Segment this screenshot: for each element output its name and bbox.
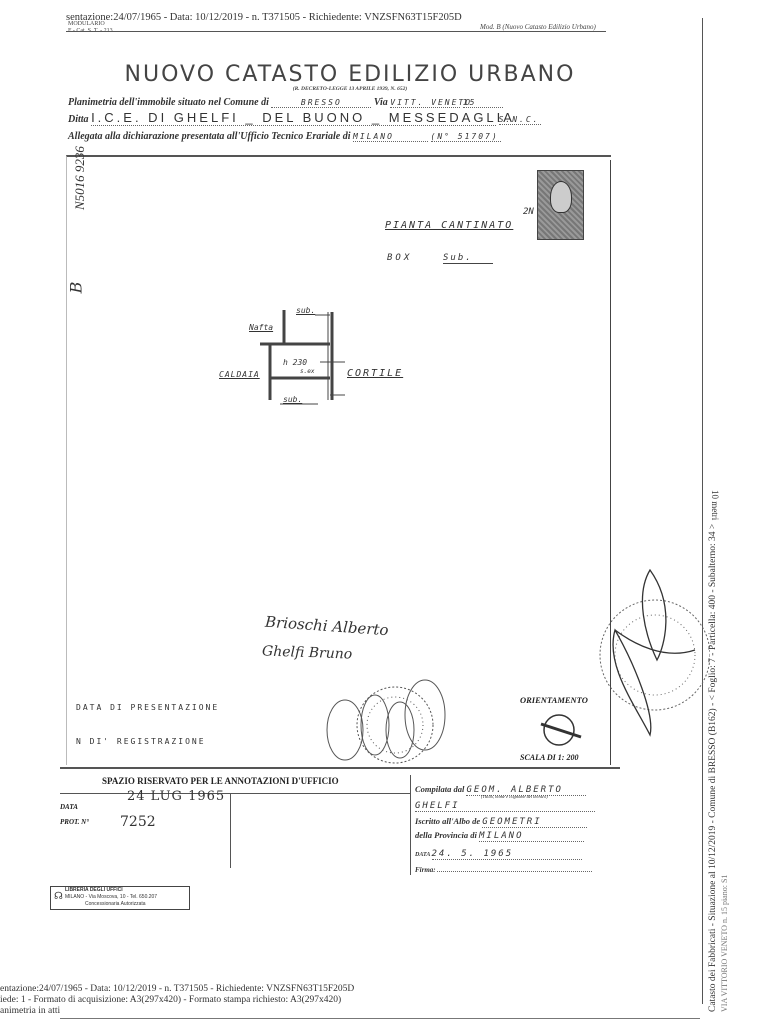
compilata-line-2: GHELFI xyxy=(415,800,595,812)
compilata-hint: (Titolo, nome e cognome del tecnico) xyxy=(481,794,548,799)
civico-value: 15 xyxy=(463,98,503,108)
office-box-inner-rule xyxy=(60,793,410,794)
header-metadata-line: sentazione:24/07/1965 - Data: 10/12/2019… xyxy=(66,12,462,23)
sub-label: Sub. xyxy=(443,253,493,264)
albo-label: Iscritto all'Albo de xyxy=(415,816,480,826)
ditta-suffix: S.N.C. xyxy=(499,115,541,125)
cortile-label: CORTILE xyxy=(347,368,403,379)
allegata-label: Allegata alla dichiarazione presentata a… xyxy=(68,131,351,142)
compiler-date-label: DATA xyxy=(415,852,430,858)
model-label: Mod. B (Nuovo Catasto Edilizio Urbano) xyxy=(480,23,596,31)
floor-plan-drawing xyxy=(200,300,430,410)
compiler-date-value: 24. 5. 1965 xyxy=(432,849,582,860)
signature-2: Ghelfi Bruno xyxy=(262,643,353,662)
compilata-label: Compilata dal xyxy=(415,784,464,794)
catasto-vertical-line: Catasto dei Fabbricati - Situazione al 1… xyxy=(708,524,718,1012)
ufficio-value: MILANO xyxy=(353,132,428,142)
modulario-label: MODULARIO F - Cat. S. T. - 213 xyxy=(68,21,113,35)
box-label: BOX xyxy=(387,253,412,263)
revenue-stamp-icon xyxy=(537,170,584,240)
sub-top-label: sub. xyxy=(296,306,315,315)
via-value: VITT. VENETO xyxy=(390,98,460,108)
top-rule xyxy=(66,31,606,32)
modulario-text: MODULARIO xyxy=(68,21,113,28)
room-note: s.ex xyxy=(300,368,314,375)
publisher-note: Concessionaria Autorizzata xyxy=(65,901,189,908)
office-box-top-rule xyxy=(60,767,620,769)
planimetria-label: Planimetria dell'immobile situato nel Co… xyxy=(68,97,269,108)
albo-value: GEOMETRI xyxy=(482,817,587,828)
ditta-label: Ditta xyxy=(68,114,89,125)
ditta-line: Ditta I.C.E. DI GHELFI _ DEL BUONO _ MES… xyxy=(68,110,541,126)
comune-value: BRESSO xyxy=(271,98,371,108)
orientation-label: ORIENTAMENTO xyxy=(520,695,588,705)
albo-line: Iscritto all'Albo de GEOMETRI xyxy=(415,816,587,828)
allegata-line: Allegata alla dichiarazione presentata a… xyxy=(68,131,501,142)
footer-rule xyxy=(60,1018,700,1019)
via-label: Via xyxy=(374,97,388,108)
stamp-portrait-icon xyxy=(550,181,572,213)
footer-line-1: entazione:24/07/1965 - Data: 10/12/2019 … xyxy=(0,984,354,995)
compiler-date-line: DATA 24. 5. 1965 xyxy=(415,849,582,860)
office-prot-value: 7252 xyxy=(120,814,156,830)
compilata-value-2: GHELFI xyxy=(415,801,595,812)
margin-note-numbers: N5016 9236 xyxy=(72,146,88,210)
numero-value: (N° 51707) xyxy=(431,132,501,142)
office-data-label: DATA xyxy=(60,803,78,811)
nafta-label: Nafta xyxy=(249,323,273,332)
provincia-line: della Provincia di MILANO xyxy=(415,830,584,842)
office-data-value: 24 LUG 1965 xyxy=(127,789,225,804)
registrazione-label: N DI' REGISTRAZIONE xyxy=(76,737,206,746)
office-box-divider xyxy=(230,793,231,868)
firma-line: Firma: xyxy=(415,866,592,874)
planimetria-line: Planimetria dell'immobile situato nel Co… xyxy=(68,97,503,108)
firma-label: Firma: xyxy=(415,866,436,874)
office-seal-icon xyxy=(595,565,710,740)
publisher-logo-icon: ☊ xyxy=(54,893,63,900)
outer-right-border xyxy=(702,18,703,1004)
provincia-value: MILANO xyxy=(479,831,584,842)
caldaia-label: CALDAIA xyxy=(219,370,260,379)
scale-bar-label: 10 metri xyxy=(710,490,720,520)
notary-seal-icon xyxy=(295,670,475,780)
compiler-box-left-rule xyxy=(410,775,411,875)
room-height: h 230 xyxy=(283,358,307,367)
footer-metadata: entazione:24/07/1965 - Data: 10/12/2019 … xyxy=(0,984,354,1017)
firma-value xyxy=(437,871,592,872)
office-heading: SPAZIO RISERVATO PER LE ANNOTAZIONI D'UF… xyxy=(102,776,339,786)
office-prot-label: PROT. N° xyxy=(60,818,89,826)
publisher-name: LIBRERIA DEGLI UFFICI xyxy=(65,887,189,894)
scale-label: SCALA DI 1: 200 xyxy=(520,753,578,762)
publisher-address: MILANO - Via Moscova, 10 - Tel. 650.207 xyxy=(65,894,189,901)
document-title: NUOVO CATASTO EDILIZIO URBANO xyxy=(0,62,700,87)
stamp-mark: 2N xyxy=(523,207,534,217)
footer-line-3: animetria in atti xyxy=(0,1006,354,1017)
decree-reference: (R. DECRETO-LEGGE 13 APRILE 1939, N. 652… xyxy=(0,86,700,92)
publisher-label: ☊ LIBRERIA DEGLI UFFICI MILANO - Via Mos… xyxy=(50,886,190,910)
ditta-value: I.C.E. DI GHELFI _ DEL BUONO _ MESSEDAGL… xyxy=(91,110,496,126)
compass-icon xyxy=(537,710,587,750)
plan-heading: PIANTA CANTINATO xyxy=(385,220,513,231)
provincia-label: della Provincia di xyxy=(415,830,477,840)
address-vertical-line: VIA VITTORIO VENETO n. 15 piano: S1 xyxy=(720,875,729,1012)
footer-line-2: iede: 1 - Formato di acquisizione: A3(29… xyxy=(0,995,354,1006)
data-presentazione-label: DATA DI PRESENTAZIONE xyxy=(76,703,219,712)
margin-note-letter: B xyxy=(66,282,85,294)
sub-bottom-label: sub. xyxy=(283,395,302,404)
